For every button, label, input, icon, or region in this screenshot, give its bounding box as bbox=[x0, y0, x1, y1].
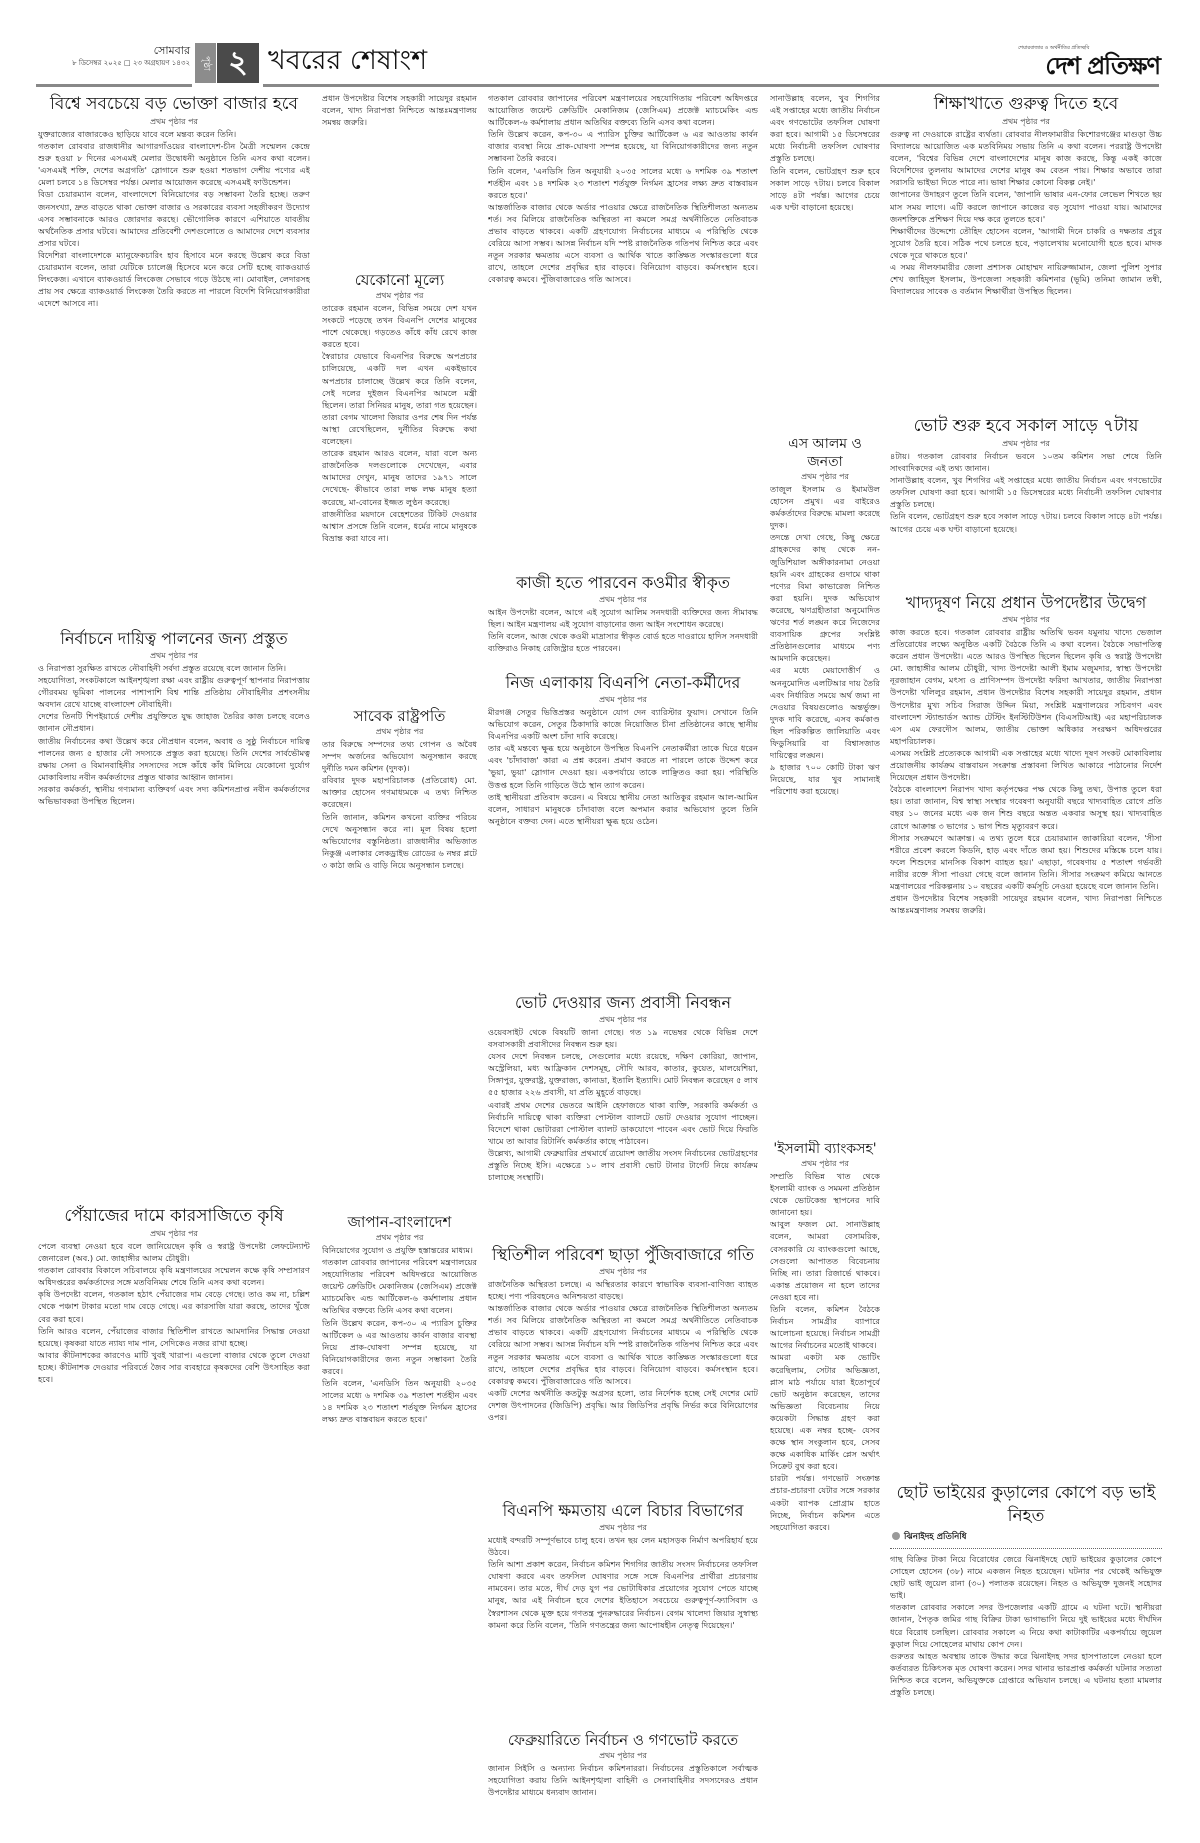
article-body: সানাউল্লাহ বলেন, খুব শিগগির এই সপ্তাহের … bbox=[770, 92, 880, 213]
paragraph: জাপানের উদাহরণ তুলে তিনি বলেন, 'জাপানি ভ… bbox=[890, 188, 1162, 224]
header-rule-left bbox=[36, 84, 192, 87]
paragraph: গতকাল রোববার জাপানের পরিবেশ মন্ত্রণালয়ে… bbox=[322, 1256, 477, 1316]
paragraph: যেসব দেশে নিবন্ধন চলছে, সেগুলোর মধ্যে রয… bbox=[488, 1050, 758, 1098]
article-body: গতকাল রোববার জাপানের পরিবেশ মন্ত্রণালয়ে… bbox=[488, 92, 758, 286]
paragraph: তিনি বলেন, 'এনডিসি তিন অনুযায়ী ২০৩৫ সাল… bbox=[488, 165, 758, 201]
paragraph: তিনি উল্লেখ করেন, কপ-৩০ এ প্যারিস চুক্তি… bbox=[322, 1317, 477, 1377]
continued-label: প্রথম পৃষ্ঠার পর bbox=[38, 1228, 310, 1239]
paragraph: এর মধ্যে মেয়াদোত্তীর্ণ ও অননুমোদিত এলটি… bbox=[770, 664, 880, 761]
story-consumer-market: বিশ্বে সবচেয়ে বড় ভোক্তা বাজার হবে প্রথ… bbox=[38, 92, 310, 612]
story-any-cost: যেকোনো মূল্যে প্রথম পৃষ্ঠার পর তারেক রহম… bbox=[322, 270, 477, 700]
header-rule-right bbox=[263, 84, 1159, 87]
paragraph: মীরগঞ্জ সেতুর ভিত্তিপ্রস্তর অনুষ্ঠানে যো… bbox=[488, 706, 758, 742]
paragraph: রাজনৈতিক অস্থিরতা চলছে। এ অস্থিরতার কারণ… bbox=[488, 1278, 758, 1302]
story-onion-price: পেঁয়াজের দামে কারসাজিতে কৃষি প্রথম পৃষ্… bbox=[38, 1204, 310, 1834]
headline: নিজ এলাকায় বিএনপি নেতা-কর্মীদের bbox=[488, 672, 758, 694]
story-s-alam-janata: এস আলম ও জনতা প্রথম পৃষ্ঠার পর তাজুল ইসল… bbox=[770, 435, 880, 1095]
paragraph: রাজনীতির ময়দানে বেহেশতের টিকিট দেওয়ার … bbox=[322, 508, 477, 544]
paragraph: গতকাল রোববার বিকালে সচিবালয়ে কৃষি মন্ত্… bbox=[38, 1264, 310, 1288]
paragraph: মধ্যেই বন্দরটি সম্পূর্ণভাবে চালু হবে। তখ… bbox=[488, 1534, 758, 1558]
paragraph: আইন উপদেষ্টা বলেন, আগে এই সুযোগ আলিম সনদ… bbox=[488, 606, 758, 630]
article-body: প্রধান উপদেষ্টার বিশেষ সহকারী সায়েদুর র… bbox=[322, 92, 477, 128]
story-food-contamination: খাদ্যদূষণ নিয়ে প্রধান উপদেষ্টার উদ্বেগ … bbox=[890, 592, 1162, 1477]
article-body: মধ্যেই বন্দরটি সম্পূর্ণভাবে চালু হবে। তখ… bbox=[488, 1534, 758, 1631]
story-consumer-market-cont: প্রধান উপদেষ্টার বিশেষ সহকারী সায়েদুর র… bbox=[322, 92, 477, 262]
paragraph: গতকাল রোববার সকালে সদর উপজেলার একটি গ্রা… bbox=[890, 1601, 1162, 1649]
article-body: ও নিরাপত্তা সুরক্ষিত রাখতে নৌবাহিনী সর্ব… bbox=[38, 662, 310, 807]
headline: শিক্ষাখাতে গুরুত্ব দিতে হবে bbox=[890, 92, 1162, 116]
headline: ভোট দেওয়ার জন্য প্রবাসী নিবন্ধন bbox=[488, 992, 758, 1014]
article-body: সম্প্রতি বিভিন্ন খাত থেকে ইসলামী ব্যাংক … bbox=[770, 1170, 880, 1533]
paragraph: কৃষি উপদেষ্টা বলেন, গতকাল হঠাৎ পেঁয়াজের… bbox=[38, 1288, 310, 1324]
article-body: ৪টায়। গতকাল রোববার নির্বাচন ভবনে ১০তম ক… bbox=[890, 450, 1162, 535]
article-body: গাছ বিক্রির টাকা নিয়ে বিরোধের জেরে ঝিনা… bbox=[890, 1553, 1162, 1698]
paragraph: বিনিয়োগের সুযোগ ও প্রযুক্তি হস্তান্তরের… bbox=[322, 1244, 477, 1256]
headline: কাজী হতে পারবেন কওমীর স্বীকৃত bbox=[488, 572, 758, 594]
paragraph: স্বৈরাচার যেভাবে বিএনপির বিরুদ্ধে অপপ্রচ… bbox=[322, 350, 477, 447]
continued-label: প্রথম পৃষ্ঠার পর bbox=[488, 1014, 758, 1025]
page-label: পৃষ্ঠা bbox=[195, 43, 216, 83]
continued-label: প্রথম পৃষ্ঠার পর bbox=[890, 614, 1162, 625]
continued-label: প্রথম পৃষ্ঠার পর bbox=[488, 594, 758, 605]
paragraph: গুরুত্ব না দেওয়াকে রাষ্ট্রের ব্যর্থতা। … bbox=[890, 128, 1162, 188]
article-body: পেলে ব্যবস্থা নেওয়া হবে বলে জানিয়েছেন … bbox=[38, 1240, 310, 1385]
paragraph: সীসার সংক্রমণে আক্রান্ত। এ তথ্য তুলে ধরে… bbox=[890, 832, 1162, 892]
headline: জাপান-বাংলাদেশ bbox=[322, 1212, 477, 1232]
story-voting-time: ভোট শুরু হবে সকাল সাড়ে ৭টায় প্রথম পৃষ্… bbox=[890, 414, 1162, 589]
paragraph: কাজ করতে হবে। গতকাল রোববার রাষ্ট্রীয় অত… bbox=[890, 626, 1162, 747]
headline: বিশ্বে সবচেয়ে বড় ভোক্তা বাজার হবে bbox=[38, 92, 310, 116]
paragraph: তার এই মন্তব্যে ক্ষুব্ধ হয়ে অনুষ্ঠানে উ… bbox=[488, 742, 758, 790]
paragraph: ৯ হাজার ৭০০ কোটি টাকা ঋণ নিয়েছে, যার খু… bbox=[770, 761, 880, 797]
paragraph: তিনি উল্লেখ করেন, কপ-৩০ এ প্যারিস চুক্তি… bbox=[488, 128, 758, 164]
article-body: গুরুত্ব না দেওয়াকে রাষ্ট্রের ব্যর্থতা। … bbox=[890, 128, 1162, 297]
headline: পেঁয়াজের দামে কারসাজিতে কৃষি bbox=[38, 1204, 310, 1228]
paragraph: গুরুতর আহত অবস্থায় তাকে উদ্ধার করে ঝিনা… bbox=[890, 1650, 1162, 1698]
paragraph: গাছ বিক্রির টাকা নিয়ে বিরোধের জেরে ঝিনা… bbox=[890, 1553, 1162, 1601]
headline: সাবেক রাষ্ট্রপতি bbox=[322, 706, 477, 726]
article-body: মীরগঞ্জ সেতুর ভিত্তিপ্রস্তর অনুষ্ঠানে যো… bbox=[488, 706, 758, 827]
headline: বিএনপি ক্ষমতায় এলে বিচার বিভাগের bbox=[488, 1500, 758, 1522]
story-brother-killed: ছোট ভাইয়ের কুড়ালের কোপে বড় ভাই নিহত ঝ… bbox=[890, 1482, 1162, 1832]
paragraph: ও নিরাপত্তা সুরক্ষিত রাখতে নৌবাহিনী সর্ব… bbox=[38, 662, 310, 674]
paragraph: ৪টায়। গতকাল রোববার নির্বাচন ভবনে ১০তম ক… bbox=[890, 450, 1162, 474]
paragraph: তাজুল ইসলাম ও ইমামউল হোসেন প্রমুখ। এর বা… bbox=[770, 483, 880, 531]
paragraph: তারেক রহমান আরও বলেন, যারা বলে অন্য রাজন… bbox=[322, 447, 477, 507]
continued-label: প্রথম পৃষ্ঠার পর bbox=[770, 471, 880, 482]
article-body: রাজনৈতিক অস্থিরতা চলছে। এ অস্থিরতার কারণ… bbox=[488, 1278, 758, 1423]
continued-label: প্রথম পৃষ্ঠার পর bbox=[488, 1522, 758, 1533]
headline: স্থিতিশীল পরিবেশ ছাড়া পুঁজিবাজারে গতি bbox=[488, 1244, 758, 1266]
article-body: ওয়েবসাইট থেকে বিষয়টি জানা গেছে। গত ১৯ … bbox=[488, 1026, 758, 1183]
headline: 'ইসলামী ব্যাংকসহ' bbox=[770, 1140, 880, 1158]
paragraph: জানান সিইসি ও অন্যান্য নির্বাচন কমিশনারর… bbox=[488, 1762, 758, 1798]
article-body: তাজুল ইসলাম ও ইমামউল হোসেন প্রমুখ। এর বা… bbox=[770, 483, 880, 797]
paragraph: তিনি বলেন, আজ থেকে কওমী মাদ্রাসার স্বীকৃ… bbox=[488, 630, 758, 654]
section-title: খবরের শেষাংশ bbox=[268, 44, 427, 78]
paragraph: এসময় সংশ্লিষ্ট প্রত্যেককে আগামী এক সপ্ত… bbox=[890, 747, 1162, 783]
paragraph: বৈঠকে বাংলাদেশ নিরাপদ খাদ্য কর্তৃপক্ষের … bbox=[890, 783, 1162, 831]
continued-label: প্রথম পৃষ্ঠার পর bbox=[322, 290, 477, 301]
paragraph: তদন্তে দেখা গেছে, কিছু ক্ষেত্রে গ্রাহকদে… bbox=[770, 531, 880, 664]
headline: খাদ্যদূষণ নিয়ে প্রধান উপদেষ্টার উদ্বেগ bbox=[890, 592, 1162, 614]
headline: ভোট শুরু হবে সকাল সাড়ে ৭টায় bbox=[890, 414, 1162, 438]
headline: নির্বাচনে দায়িত্ব পালনের জন্য প্রস্তুত bbox=[38, 628, 310, 650]
paragraph: সহযোগিতা, সংকটকালে আইনশৃঙ্খলা রক্ষা এবং … bbox=[38, 674, 310, 710]
paragraph: তাই স্থানীয়রা প্রতিবাদ করেন। এ বিষয়ে স… bbox=[488, 791, 758, 827]
paragraph: সম্প্রতি বিভিন্ন খাত থেকে ইসলামী ব্যাংক … bbox=[770, 1170, 880, 1218]
article-body: তারেক রহমান বলেন, বিভিন্ন সময়ে দেশ যখন … bbox=[322, 302, 477, 544]
headline: ছোট ভাইয়ের কুড়ালের কোপে বড় ভাই নিহত bbox=[890, 1482, 1162, 1528]
newspaper-logo: শেয়ারবাজার ও অর্থনীতির প্রতিচ্ছবি দেশ প… bbox=[1010, 44, 1160, 80]
paragraph: গতকাল রোববার জাপানের পরিবেশ মন্ত্রণালয়ে… bbox=[488, 92, 758, 128]
date-line: ৮ ডিসেম্বর ২০২৫ □ ২৩ অগ্রহায়ণ ১৪৩২ bbox=[40, 58, 190, 68]
article-body: জানান সিইসি ও অন্যান্য নির্বাচন কমিশনারর… bbox=[488, 1762, 758, 1798]
paragraph: গতকাল রোববার রাজধানীর আগারগাঁওয়ের বাংলা… bbox=[38, 140, 310, 188]
paragraph: পেলে ব্যবস্থা নেওয়া হবে বলে জানিয়েছেন … bbox=[38, 1240, 310, 1264]
article-body: বিনিয়োগের সুযোগ ও প্রযুক্তি হস্তান্তরের… bbox=[322, 1244, 477, 1425]
continued-label: প্রথম পৃষ্ঠার পর bbox=[322, 1232, 477, 1243]
headline: ফেব্রুয়ারিতে নির্বাচন ও গণভোট করতে bbox=[488, 1730, 758, 1750]
story-navy-election-duty: নির্বাচনে দায়িত্ব পালনের জন্য প্রস্তুত … bbox=[38, 628, 310, 1198]
story-bnp-leaders: নিজ এলাকায় বিএনপি নেতা-কর্মীদের প্রথম প… bbox=[488, 672, 758, 922]
paragraph: আবুল ফজল মো. সানাউল্লাহ বলেন, আমরা বেসাম… bbox=[770, 1218, 880, 1303]
byline-text: ঝিনাইদহ প্রতিনিধি bbox=[904, 1532, 967, 1542]
paragraph: দেশের তিনটি শিপইয়ার্ডে দেশীয় প্রযুক্তি… bbox=[38, 710, 310, 734]
story-qawmi-kazi: কাজী হতে পারবেন কওমীর স্বীকৃত প্রথম পৃষ্… bbox=[488, 572, 758, 668]
paragraph: এবারই প্রথম দেশের ভেতরে আইনি হেফাজতে থাক… bbox=[488, 1099, 758, 1147]
paragraph: আবার কীটনাশকের কারণেও মাটি খুবই খারাপ। এ… bbox=[38, 1349, 310, 1385]
paragraph: তিনি বলেন, ভোটগ্রহণ শুরু হবে সকাল সাড়ে … bbox=[770, 165, 880, 213]
paragraph: রবিবার দুদক মহাপরিচালক (প্রতিরোধ) মো. আক… bbox=[322, 774, 477, 810]
continued-label: প্রথম পৃষ্ঠার পর bbox=[38, 116, 310, 127]
story-former-president: সাবেক রাষ্ট্রপতি প্রথম পৃষ্ঠার পর তার বি… bbox=[322, 706, 477, 1206]
paragraph: সানাউল্লাহ বলেন, খুব শিগগির এই সপ্তাহের … bbox=[770, 92, 880, 165]
story-education: শিক্ষাখাতে গুরুত্ব দিতে হবে প্রথম পৃষ্ঠা… bbox=[890, 92, 1162, 444]
paragraph: সানাউল্লাহ বলেন, খুব শিগগির এই সপ্তাহের … bbox=[890, 474, 1162, 510]
story-bnp-judiciary: বিএনপি ক্ষমতায় এলে বিচার বিভাগের প্রথম … bbox=[488, 1500, 758, 1728]
paragraph: সরকার কর্মকর্তা, স্থানীয় গণ্যমান্য ব্যক… bbox=[38, 783, 310, 807]
article-body: আইন উপদেষ্টা বলেন, আগে এই সুযোগ আলিম সনদ… bbox=[488, 606, 758, 654]
paragraph: বিডা চেয়ারম্যান বলেন, বাংলাদেশে বিনিয়ো… bbox=[38, 188, 310, 248]
continued-label: প্রথম পৃষ্ঠার পর bbox=[890, 438, 1162, 449]
story-japan-bangladesh: জাপান-বাংলাদেশ প্রথম পৃষ্ঠার পর বিনিয়োগ… bbox=[322, 1212, 477, 1832]
continued-label: প্রথম পৃষ্ঠার পর bbox=[488, 1750, 758, 1761]
paragraph: যুক্তরাজ্যের বাজারকেও ছাড়িয়ে যাবে বলে … bbox=[38, 128, 310, 140]
article-body: তার বিরুদ্ধে সম্পদের তথ্য গোপন ও অবৈধ সম… bbox=[322, 738, 477, 871]
story-expat-voter-registration: ভোট দেওয়ার জন্য প্রবাসী নিবন্ধন প্রথম প… bbox=[488, 992, 758, 1242]
paragraph: শিক্ষার্থীদের উদ্দেশ্যে তৌহিদ হোসেন বলেন… bbox=[890, 225, 1162, 261]
paragraph: জাতীয় নির্বাচনের কথা উল্লেখ করে নৌপ্রধা… bbox=[38, 735, 310, 783]
paragraph: এ সময় নীলফামারীর জেলা প্রশাসক মোহাম্মদ … bbox=[890, 261, 1162, 297]
masthead: সোমবার ৮ ডিসেম্বর ২০২৫ □ ২৩ অগ্রহায়ণ ১৪… bbox=[0, 0, 1200, 82]
story-february-election: ফেব্রুয়ারিতে নির্বাচন ও গণভোট করতে প্রথ… bbox=[488, 1730, 758, 1820]
page-number: ২ bbox=[217, 43, 259, 83]
paragraph: একটি দেশের অর্থনীতি কতটুকু অগ্রসর হলো, ত… bbox=[488, 1387, 758, 1423]
paragraph: চারটা পর্যন্ত। গণভোট সংক্রান্ত প্রচার-প্… bbox=[770, 1472, 880, 1532]
paragraph: বিদেশিরা বাংলাদেশকে ম্যানুফেকচারিং হাব হ… bbox=[38, 249, 310, 309]
continued-label: প্রথম পৃষ্ঠার পর bbox=[322, 726, 477, 737]
story-capital-market: স্থিতিশীল পরিবেশ ছাড়া পুঁজিবাজারে গতি প… bbox=[488, 1244, 758, 1499]
continued-label: প্রথম পৃষ্ঠার পর bbox=[488, 694, 758, 705]
paragraph: প্রধান উপদেষ্টার বিশেষ সহকারী সায়েদুর র… bbox=[322, 92, 477, 128]
paragraph: তিনি জানান, কমিশন কখনো ব্যক্তির পরিচয় দ… bbox=[322, 811, 477, 871]
story-islami-bank: 'ইসলামী ব্যাংকসহ' প্রথম পৃষ্ঠার পর সম্প্… bbox=[770, 1140, 880, 1830]
brand-name: দেশ প্রতিক্ষণ bbox=[1010, 52, 1160, 80]
paragraph: তিনি বলেন, 'এনডিসি তিন অনুযায়ী ২০৩৫ সাল… bbox=[322, 1377, 477, 1425]
headline: যেকোনো মূল্যে bbox=[322, 270, 477, 290]
bullet-icon bbox=[892, 1532, 900, 1540]
paragraph: আন্তর্জাতিক বাজার থেকে অর্ডার পাওয়ার ক্… bbox=[488, 1302, 758, 1387]
paragraph: ওয়েবসাইট থেকে বিষয়টি জানা গেছে। গত ১৯ … bbox=[488, 1026, 758, 1050]
date-block: সোমবার ৮ ডিসেম্বর ২০২৫ □ ২৩ অগ্রহায়ণ ১৪… bbox=[40, 44, 190, 68]
article-body: যুক্তরাজ্যের বাজারকেও ছাড়িয়ে যাবে বলে … bbox=[38, 128, 310, 309]
story-japan-climate-cont: গতকাল রোববার জাপানের পরিবেশ মন্ত্রণালয়ে… bbox=[488, 92, 758, 568]
continued-label: প্রথম পৃষ্ঠার পর bbox=[770, 1158, 880, 1169]
continued-label: প্রথম পৃষ্ঠার পর bbox=[488, 1266, 758, 1277]
paragraph: তারেক রহমান বলেন, বিভিন্ন সময়ে দেশ যখন … bbox=[322, 302, 477, 350]
paragraph: আন্তর্জাতিক বাজার থেকে অর্ডার পাওয়ার ক্… bbox=[488, 201, 758, 286]
paragraph: তিনি বলেন, কমিশন বৈঠকে নির্বাচন সামগ্রীর… bbox=[770, 1303, 880, 1351]
paragraph: আমরা একটা মক ভোটিং করেছিলাম, সেটার অভিজ্… bbox=[770, 1351, 880, 1472]
weekday: সোমবার bbox=[40, 44, 190, 58]
byline: ঝিনাইদহ প্রতিনিধি bbox=[890, 1528, 1162, 1549]
paragraph: উল্লেখ্য, আগামী ফেব্রুয়ারির প্রথমার্ধে … bbox=[488, 1147, 758, 1183]
paragraph: তিনি আশা প্রকাশ করেন, নির্বাচন কমিশন শিগ… bbox=[488, 1558, 758, 1631]
paragraph: প্রধান উপদেষ্টার বিশেষ সহকারী সায়েদুর র… bbox=[890, 892, 1162, 916]
paragraph: তার বিরুদ্ধে সম্পদের তথ্য গোপন ও অবৈধ সম… bbox=[322, 738, 477, 774]
continued-label: প্রথম পৃষ্ঠার পর bbox=[890, 116, 1162, 127]
article-body: কাজ করতে হবে। গতকাল রোববার রাষ্ট্রীয় অত… bbox=[890, 626, 1162, 916]
paragraph: তিনি আরও বলেন, পেঁয়াজের বাজার স্থিতিশীল… bbox=[38, 1325, 310, 1349]
headline: এস আলম ও জনতা bbox=[770, 435, 880, 471]
continued-label: প্রথম পৃষ্ঠার পর bbox=[38, 650, 310, 661]
paragraph: তিনি বলেন, ভোটগ্রহণ শুরু হবে সকাল সাড়ে … bbox=[890, 510, 1162, 534]
